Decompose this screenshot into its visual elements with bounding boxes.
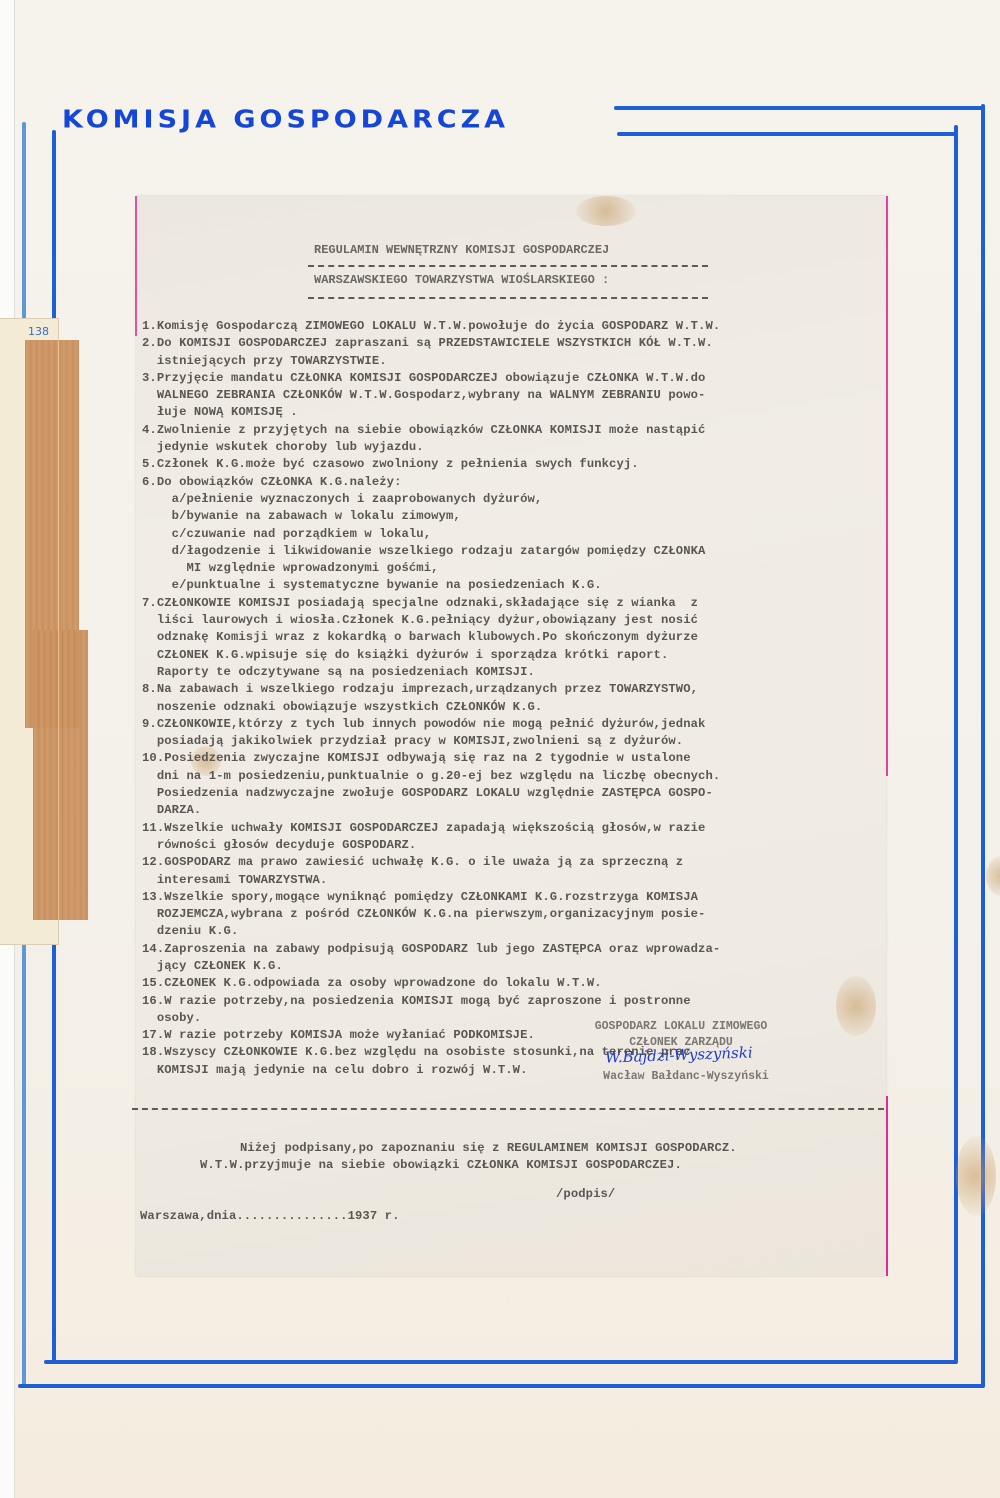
clause-line: 16.W razie potrzeby,na posiedzenia KOMIS… xyxy=(142,993,720,1010)
separator-rule xyxy=(132,1108,884,1110)
signatory-title: GOSPODARZ LOKALU ZIMOWEGO xyxy=(556,1020,806,1033)
clause-line: istniejących przy TOWARZYSTWIE. xyxy=(142,353,720,370)
clause-line: liści laurowych i wiosła.Członek K.G.peł… xyxy=(142,612,720,629)
clause-line: 3.Przyjęcie mandatu CZŁONKA KOMISJI GOSP… xyxy=(142,370,720,387)
clause-line: 6.Do obowiązków CZŁONKA K.G.należy: xyxy=(142,474,720,491)
declaration-line-1: Niżej podpisany,po zapoznaniu się z REGU… xyxy=(240,1140,737,1157)
declaration-line-2: W.T.W.przyjmuje na siebie obowiązki CZŁO… xyxy=(200,1157,682,1174)
clause-line: dni na 1-m posiedzeniu,punktualnie o g.2… xyxy=(142,768,720,785)
clause-line: posiadają jakikolwiek przydział pracy w … xyxy=(142,733,720,750)
clause-line: równości głosów decyduje GOSPODARZ. xyxy=(142,837,720,854)
regulation-clauses: 1.Komisję Gospodarczą ZIMOWEGO LOKALU W.… xyxy=(142,318,720,1079)
clause-line: c/czuwanie nad porządkiem w lokalu, xyxy=(142,526,720,543)
signature-placeholder: /podpis/ xyxy=(556,1186,615,1203)
clause-line: 9.CZŁONKOWIE,którzy z tych lub innych po… xyxy=(142,716,720,733)
typed-regulation-sheet: REGULAMIN WEWNĘTRZNY KOMISJI GOSPODARCZE… xyxy=(136,196,886,1276)
clause-line: Raporty te odczytywane są na posiedzenia… xyxy=(142,664,720,681)
place-date-line: Warszawa,dnia...............1937 r. xyxy=(140,1208,399,1225)
clause-line: WALNEGO ZEBRANIA CZŁONKÓW W.T.W.Gospodar… xyxy=(142,387,720,404)
clause-line: jący CZŁONEK K.G. xyxy=(142,958,720,975)
clause-line: 7.CZŁONKOWIE KOMISJI posiadają specjalne… xyxy=(142,595,720,612)
clause-line: 1.Komisję Gospodarczą ZIMOWEGO LOKALU W.… xyxy=(142,318,720,335)
clause-line: 2.Do KOMISJI GOSPODARCZEJ zapraszani są … xyxy=(142,335,720,352)
clause-line: 8.Na zabawach i wszelkiego rodzaju impre… xyxy=(142,681,720,698)
clause-line: interesami TOWARZYSTWA. xyxy=(142,872,720,889)
clause-line: dzeniu K.G. xyxy=(142,923,720,940)
clause-line: noszenie odznaki obowiązuje wszystkich C… xyxy=(142,699,720,716)
clause-line: łuje NOWĄ KOMISJĘ . xyxy=(142,404,720,421)
clause-line: b/bywanie na zabawach w lokalu zimowym, xyxy=(142,508,720,525)
heading-rule xyxy=(308,297,708,299)
clause-line: e/punktualne i systematyczne bywanie na … xyxy=(142,577,720,594)
heading-rule xyxy=(308,265,708,267)
clause-line: 13.Wszelkie spory,mogące wyniknąć pomięd… xyxy=(142,889,720,906)
clause-line: 10.Posiedzenia zwyczajne KOMISJI odbywaj… xyxy=(142,750,720,767)
clause-line: 4.Zwolnienie z przyjętych na siebie obow… xyxy=(142,422,720,439)
clause-line: 11.Wszelkie uchwały KOMISJI GOSPODARCZEJ… xyxy=(142,820,720,837)
clause-line: 15.CZŁONEK K.G.odpowiada za osoby wprowa… xyxy=(142,975,720,992)
clause-line: Posiedzenia nadzwyczajne zwołuje GOSPODA… xyxy=(142,785,720,802)
clause-line: DARZA. xyxy=(142,802,720,819)
signatory-name: Wacław Bałdanc-Wyszyński xyxy=(536,1070,836,1083)
clause-line: 14.Zaproszenia na zabawy podpisują GOSPO… xyxy=(142,941,720,958)
clause-line: 12.GOSPODARZ ma prawo zawiesić uchwałę K… xyxy=(142,854,720,871)
clause-line: d/łagodzenie i likwidowanie wszelkiego r… xyxy=(142,543,720,560)
clause-line: a/pełnienie wyznaczonych i zaaprobowanyc… xyxy=(142,491,720,508)
page-title: KOMISJA GOSPODARCZA xyxy=(62,105,509,134)
clause-line: jedynie wskutek choroby lub wyjazdu. xyxy=(142,439,720,456)
card-note: 138 xyxy=(28,325,49,338)
clause-line: 5.Członek K.G.może być czasowo zwolniony… xyxy=(142,456,720,473)
document-heading-1: REGULAMIN WEWNĘTRZNY KOMISJI GOSPODARCZE… xyxy=(314,243,609,257)
clause-line: ROZJEMCZA,wybrana z pośród CZŁONKÓW K.G.… xyxy=(142,906,720,923)
tape-strip-lower xyxy=(33,630,88,920)
document-heading-2: WARSZAWSKIEGO TOWARZYSTWA WIOŚLARSKIEGO … xyxy=(314,273,609,287)
clause-line: MI względnie wprowadzonymi gośćmi, xyxy=(142,560,720,577)
clause-line: odznakę Komisji wraz z kokardką o barwac… xyxy=(142,629,720,646)
clause-line: CZŁONEK K.G.wpisuje się do książki dyżur… xyxy=(142,647,720,664)
